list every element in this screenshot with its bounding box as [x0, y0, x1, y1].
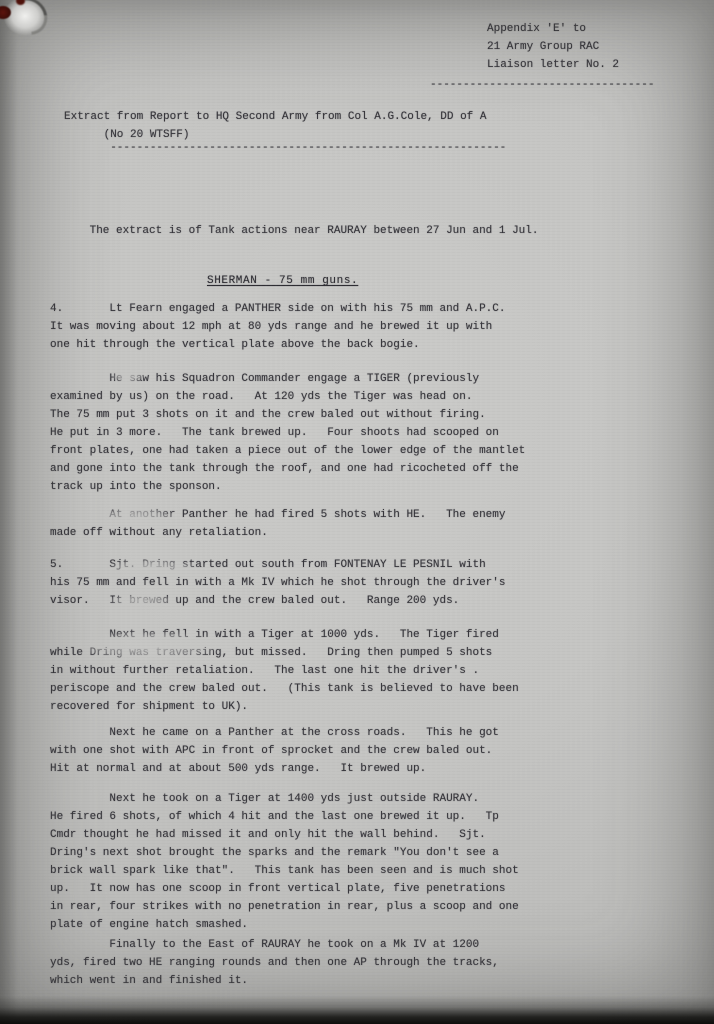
- appendix-header: Appendix 'E' to 21 Army Group RAC Liaiso…: [487, 20, 619, 74]
- red-mark-artifact: [0, 6, 11, 19]
- para-4-lt-fearn-panther: 4. Lt Fearn engaged a PANTHER side on wi…: [50, 300, 505, 354]
- bottom-edge-shadow: [0, 996, 714, 1024]
- para-mkiv-1200yds-finale: Finally to the East of RAURAY he took on…: [50, 936, 499, 990]
- para-another-panther-he: At another Panther he had fired 5 shots …: [50, 506, 505, 542]
- red-mark-artifact: [16, 0, 25, 5]
- subject-rule: ----------------------------------------…: [64, 139, 506, 157]
- para-5-dring-mkiv: 5. Sjt. Dring started out south from FON…: [50, 556, 505, 610]
- left-edge-shadow: [0, 0, 18, 1024]
- section-heading: SHERMAN - 75 mm guns.: [207, 272, 358, 290]
- para-panther-crossroads: Next he came on a Panther at the cross r…: [50, 724, 499, 778]
- corner-curve-artifact: [1, 0, 55, 42]
- para-tiger-1000yds: Next he fell in with a Tiger at 1000 yds…: [50, 626, 519, 716]
- scanned-document-page: Appendix 'E' to 21 Army Group RAC Liaiso…: [0, 0, 714, 1024]
- appendix-header-rule: ----------------------------------: [430, 76, 654, 94]
- intro-line: The extract is of Tank actions near RAUR…: [50, 222, 538, 240]
- para-tiger-1400yds-rauray: Next he took on a Tiger at 1400 yds just…: [50, 790, 519, 934]
- corner-smudge-artifact: [0, 0, 54, 42]
- para-squadron-commander-tiger: He saw his Squadron Commander engage a T…: [50, 370, 525, 496]
